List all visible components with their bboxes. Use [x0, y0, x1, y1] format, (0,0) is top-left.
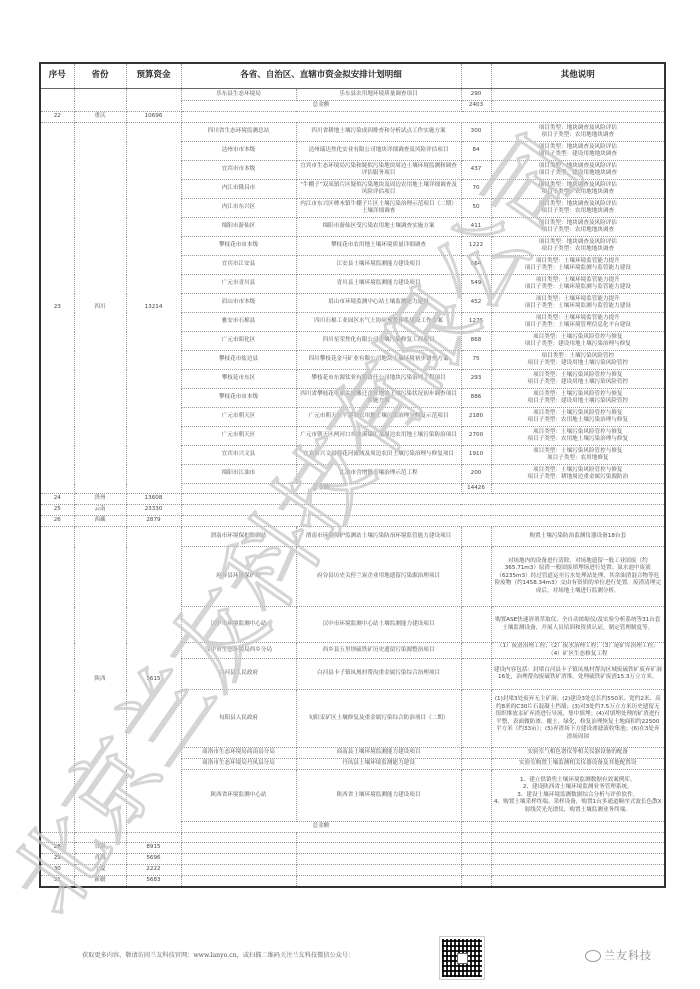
cell-unit: 汉中市环境监测中心站	[181, 607, 296, 643]
header-notes: 其他说明	[491, 63, 665, 89]
budget-allocation-table: 序号 省份 预算资金 各省、自治区、直辖市资金拟安排计划明细 其他说明 乐东县生…	[39, 62, 666, 888]
cell-project: 西乡县五里坝硫铁矿历史遗留污染源整治项目	[296, 643, 461, 659]
table-row: 23四川13214四川省生态环境监测总站四川省耕地土壤污染成因排查和分析试点工作…	[40, 123, 665, 142]
cell-amount: 1910	[461, 446, 491, 465]
cell-unit: 攀枝花市市本级	[181, 237, 296, 256]
cell-project: 眉山市环境监测中心站土壤监测能力建设	[296, 294, 461, 313]
cell-unit: 四川省生态环境监测总站	[181, 123, 296, 142]
cell-note: 对场地内的设备进行清除，对场地遗留一般工业固废（约365.71m3）原渣一般固废…	[491, 547, 665, 607]
cell-amount: 886	[461, 389, 491, 408]
cell-unit: 商洛市生态环境局丹凤县分局	[181, 759, 296, 770]
cell-project: 江安县土壤环境监测能力建设项目	[296, 256, 461, 275]
cell-note: 项目类型：地块调查及风险评估项目子类型：农用地地块调查	[491, 123, 665, 142]
cell-project: 丹凤县土壤环境监测能力建设	[296, 759, 461, 770]
cell-note: 项目类型：地块调查及风险评估项目子类型：农用地地块调查	[491, 218, 665, 237]
cell-unit: 攀枝花市市本级	[181, 389, 296, 408]
cell-note: 项目类型：土壤污染风险管控与修复项目子类型：建设用地土壤污染风险管控	[491, 389, 665, 408]
cell-project: 四川攀枝花金马矿业有限公司地块土壤环境初步调查方案	[296, 351, 461, 370]
table-header-row: 序号 省份 预算资金 各省、自治区、直辖市资金拟安排计划明细 其他说明	[40, 63, 665, 89]
cell-note: 项目类型：土壤污染风险管控与修复项目子类型：农用地土壤污染治理与修复	[491, 408, 665, 427]
cell-project: 四川星荣焦化有限公司土壤污染修复工程项目	[296, 332, 461, 351]
cell-note: 项目类型：土壤污染风险管控项目子类型：建设用地土壤污染风险管控	[491, 351, 665, 370]
cell-note: 项目类型：土壤污染风险管控与修复项目子类型：建设用地土壤污染治理与修复	[491, 332, 665, 351]
table-row	[40, 833, 665, 843]
cell-project: 达州瑞达焦化实业有限公司地块详细调查及风险评估项目	[296, 142, 461, 161]
cell-amount: 549	[461, 275, 491, 294]
cell-province: 四川	[74, 123, 126, 494]
cell-unit: 广元市朝天区	[181, 427, 296, 446]
cell-no: 25	[40, 505, 74, 516]
cell-no: 23	[40, 123, 74, 494]
table-row: 22重庆10696	[40, 112, 665, 123]
cell-unit: 旬阳县人民政府	[181, 690, 296, 748]
cell-project: 宜宾市兴文县莲花河流域及周边农田土壤污染治理与修复项目	[296, 446, 461, 465]
cell-unit: 内江市东兴区	[181, 199, 296, 218]
cell-budget: 5683	[126, 876, 181, 887]
cell-project: 内江市东兴区椑木镇牛棚子片区土壤污染治理示范项目（二期）土壤详细调查	[296, 199, 461, 218]
cell-amount	[461, 748, 491, 759]
cell-amount: 437	[461, 161, 491, 180]
cell-amount	[461, 607, 491, 643]
document-page: 序号 省份 预算资金 各省、自治区、直辖市资金拟安排计划明细 其他说明 乐东县生…	[39, 62, 664, 888]
cell-unit: 白河县人民政府	[181, 659, 296, 690]
cell-unit: 绵阳市江油市	[181, 465, 296, 484]
cell-unit: 攀枝花市盐边县	[181, 351, 296, 370]
header-province: 省份	[74, 63, 126, 89]
cell-province: 云南	[74, 505, 126, 516]
cell-province: 西藏	[74, 516, 126, 527]
cell-no	[40, 89, 74, 112]
cell-note: 项目类型：土壤污染风险管控与修复项目子类型：耕地周边重金属污染源防治	[491, 465, 665, 484]
cell-amount: 290	[461, 89, 491, 101]
wechat-logo-icon	[585, 950, 601, 962]
total-label: 总金额	[181, 101, 461, 112]
cell-unit: 广元市朝天区	[181, 408, 296, 427]
cell-province: 宁夏	[74, 865, 126, 876]
cell-note: 实验室气相色谱仪等相关仪器设备的配备	[491, 748, 665, 759]
cell-note: 项目类型：地块调查及风险评估项目子类型：农用地地块调查	[491, 180, 665, 199]
cell-note: 购置ASE快速溶剂萃取仪、全自动浓缩仪/及实验分析系统等31台套土壤监测设备，开…	[491, 607, 665, 643]
cell-unit: 绵阳市游仙区	[181, 218, 296, 237]
cell-amount: 200	[461, 465, 491, 484]
cell-note	[491, 101, 665, 112]
cell-note: 项目类型：地块调查及风险评估项目子类型：建设用地地块调查	[491, 161, 665, 180]
cell-note: 项目类型：土壤环境监管能力提升项目子类型：土壤环境管理信息化平台建设	[491, 313, 665, 332]
cell-budget: 23330	[126, 505, 181, 516]
cell-province: 新疆	[74, 876, 126, 887]
cell-project: 乐东县农用地环境质量调查项目	[296, 89, 461, 101]
cell-province: 重庆	[74, 112, 126, 123]
cell-amount: 84	[461, 142, 491, 161]
cell-project: 青川县土壤环境监测能力建设项目	[296, 275, 461, 294]
table-row: 24贵州13608	[40, 494, 665, 505]
cell-unit: 达州市市本级	[181, 142, 296, 161]
cell-note: 项目类型：土壤污染风险管控与修复项目子类型：建设用地土壤污染风险管控	[491, 370, 665, 389]
cell-project: 四川省耕地土壤污染成因排查和分析试点工作实施方案	[296, 123, 461, 142]
cell-amount	[461, 659, 491, 690]
cell-unit: 宜宾市江安县	[181, 256, 296, 275]
table-row: 乐东县生态环境局乐东县农用地环境质量调查项目290	[40, 89, 665, 101]
cell-unit: 雅安市石棉县	[181, 313, 296, 332]
cell-note: 项目类型：地块调查及风险评估项目子类型：农用地地块调查	[491, 237, 665, 256]
cell-unit: 广元市昭化区	[181, 332, 296, 351]
table-row: 25云南23330	[40, 505, 665, 516]
cell-no: 30	[40, 865, 74, 876]
cell-note: 项目类型：土壤环境监管能力提升项目子类型：土壤环境监测与监管能力建设	[491, 275, 665, 294]
cell-project: 汉中市环境监测中心站土壤监测能力建设项目	[296, 607, 461, 643]
cell-project: 四川石棉工业园区水气土协同预警体系建设工作方案	[296, 313, 461, 332]
cell-budget: 5615	[126, 527, 181, 833]
footer-text: 获取更多内容，敬请访问兰友科技官网：www.lanyo.cn，或扫描二维码关注兰…	[82, 950, 354, 959]
cell-amount: 293	[461, 370, 491, 389]
total-label: 总金额	[181, 484, 461, 494]
cell-no: 28	[40, 843, 74, 854]
cell-province: 甘肃	[74, 843, 126, 854]
cell-amount: 70	[461, 180, 491, 199]
cell-amount	[461, 759, 491, 770]
cell-project: 攀枝花市农用地土壤环境质量详细调查	[296, 237, 461, 256]
table-row: 31新疆5683	[40, 876, 665, 887]
cell-amount	[461, 643, 491, 659]
cell-budget: 10696	[126, 112, 181, 123]
cell-amount: 50	[461, 199, 491, 218]
cell-note: 项目类型：地块调查及风险评估项目子类型：建设用地地块调查	[491, 142, 665, 161]
cell-unit: 府谷县环境保护局	[181, 547, 296, 607]
cell-amount: 868	[461, 332, 491, 351]
cell-project: “牛棚子”双凤镇片区疑似污染地块及周边农用地土壤详细调查及风险评估项目	[296, 180, 461, 199]
cell-unit: 宜宾市市本级	[181, 161, 296, 180]
cell-unit: 攀枝花市东区	[181, 370, 296, 389]
header-amount	[461, 63, 491, 89]
cell-budget	[126, 89, 181, 112]
cell-note: （1）废渣治理工程；（2）废水治理工程；（3）尾矿库治理工程；（4）矿区生态修复…	[491, 643, 665, 659]
cell-note: 实验室购置土壤监测相关仪器设备及其他配置设	[491, 759, 665, 770]
brand-name: 兰友科技	[604, 949, 652, 962]
cell-project: 白河县卡子镇凤凰村帮沟重金属污染综合治理项目	[296, 659, 461, 690]
cell-project: 商南县土壤环境监测能力建设项目	[296, 748, 461, 759]
cell-project: 绵阳市游仙区受污染农用地土壤调查实施方案	[296, 218, 461, 237]
table-row: 30宁夏2222	[40, 865, 665, 876]
cell-unit: 商洛市生态环境局商南县分局	[181, 748, 296, 759]
cell-amount: 452	[461, 294, 491, 313]
cell-amount: 2700	[461, 427, 491, 446]
cell-project: 渭南市环境保护监测站土壤污染防治环境监管能力建设项目	[296, 527, 461, 547]
total-amount: 2403	[461, 101, 491, 112]
cell-amount: 411	[461, 218, 491, 237]
cell-unit: 内江市隆昌市	[181, 180, 296, 199]
total-label: 总金额	[181, 822, 461, 833]
qr-code-icon	[440, 937, 484, 979]
cell-project: 攀枝花市东源钛业有限责任公司地块污染治理工程项目	[296, 370, 461, 389]
cell-unit: 广元市青川县	[181, 275, 296, 294]
cell-budget: 13214	[126, 123, 181, 494]
cell-budget: 8915	[126, 843, 181, 854]
cell-amount	[461, 770, 491, 822]
cell-province	[74, 89, 126, 112]
cell-project: 陕西省土壤环境监测能力建设项目	[296, 770, 461, 822]
cell-note: 项目类型：土壤污染风险管控与修复项目子类型：农用地土壤污染治理与修复	[491, 427, 665, 446]
header-no: 序号	[40, 63, 74, 89]
cell-amount	[461, 690, 491, 748]
header-budget: 预算资金	[126, 63, 181, 89]
cell-project: 江油市含增镇土壤治理示范工程	[296, 465, 461, 484]
cell-no: 31	[40, 876, 74, 887]
cell-unit: 渭南市环境保护监测站	[181, 527, 296, 547]
cell-no: 22	[40, 112, 74, 123]
table-row: 28甘肃8915	[40, 843, 665, 854]
cell-unit: 陕西省环境监测中心站	[181, 770, 296, 822]
cell-amount: 300	[461, 123, 491, 142]
cell-note: 购置土壤污染防治监测仪器设备18台套	[491, 527, 665, 547]
cell-amount: 75	[461, 351, 491, 370]
cell-no	[40, 527, 74, 833]
cell-project: 宜宾市生态环境局污染和疑似污染地块周边土壤环境监测和调查评估服务项目	[296, 161, 461, 180]
cell-note: 建设内容包括：封堵白河县卡子镇凤凰村帮沟区域废硫铁矿废弃矿洞16处，治理帮沟废硫…	[491, 659, 665, 690]
cell-amount	[461, 527, 491, 547]
cell-project: 旬阳汞矿区土壤修复及重金属污染综合防治项目（二期）	[296, 690, 461, 748]
cell-no: 26	[40, 516, 74, 527]
header-detail: 各省、自治区、直辖市资金拟安排计划明细	[181, 63, 461, 89]
cell-project: 四川省攀枝花市原关闭搬迁企业地块土壤污染状况初步调查项目实施方案	[296, 389, 461, 408]
cell-amount: 1222	[461, 237, 491, 256]
cell-budget: 2222	[126, 865, 181, 876]
cell-province: 贵州	[74, 494, 126, 505]
cell-unit: 宜宾市兴文县	[181, 446, 296, 465]
cell-no: 24	[40, 494, 74, 505]
total-amount: 14426	[461, 484, 491, 494]
cell-budget: 2879	[126, 516, 181, 527]
table-row: 陕西5615渭南市环境保护监测站渭南市环境保护监测站土壤污染防治环境监管能力建设…	[40, 527, 665, 547]
cell-note: 项目类型：地块调查及风险评估项目子类型：农用地地块调查	[491, 199, 665, 218]
cell-project: 府谷县历史关停兰炭企业用地遗留污染源治理项目	[296, 547, 461, 607]
table-row: 29青海5696	[40, 854, 665, 865]
table-row: 26西藏2879	[40, 516, 665, 527]
cell-budget: 13608	[126, 494, 181, 505]
cell-unit: 汉中市生态环境局西乡分局	[181, 643, 296, 659]
cell-note	[491, 89, 665, 101]
cell-no: 29	[40, 854, 74, 865]
cell-unit: 乐东县生态环境局	[181, 89, 296, 101]
cell-unit: 眉山市市本级	[181, 294, 296, 313]
cell-budget: 5696	[126, 854, 181, 865]
cell-project: 广元市朝天区平溪乡农用地土壤污染治理与修复示范项目	[296, 408, 461, 427]
brand-logo: 兰友科技	[585, 947, 652, 963]
cell-amount: 1275	[461, 313, 491, 332]
cell-note: 项目类型：土壤污染风险管控与修复项目子类型：农用地修复	[491, 446, 665, 465]
cell-note: (1)封堵3处废弃无主矿洞；(2)建设3处总长约550米、宽约2米、高约8米的C…	[491, 690, 665, 748]
cell-project: 广元市朝天区两河口乡曲溪煤矿及周边农用地土壤污染防治项目	[296, 427, 461, 446]
cell-province: 青海	[74, 854, 126, 865]
cell-note: 项目类型：土壤环境监管能力提升项目子类型：土壤环境监测与监管能力建设	[491, 256, 665, 275]
cell-note: 1、建立供销售土壤环境监测数据有效案例库。2、建设陕西省土壤环境监测业务管理系统…	[491, 770, 665, 822]
cell-amount	[461, 547, 491, 607]
cell-amount: 664	[461, 256, 491, 275]
cell-province: 陕西	[74, 527, 126, 833]
cell-note: 项目类型：土壤环境监管能力提升项目子类型：土壤环境监测与监管能力建设	[491, 294, 665, 313]
cell-amount: 2180	[461, 408, 491, 427]
